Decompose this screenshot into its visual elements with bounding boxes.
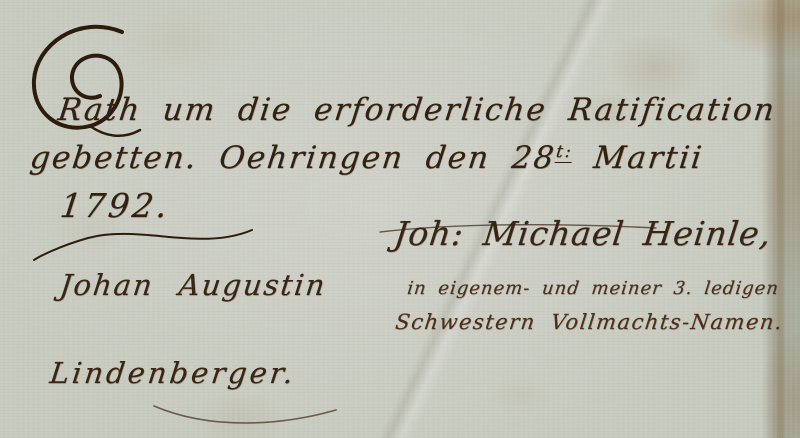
year-line: 1792. (58, 186, 172, 225)
body-line-2-month: Martii (570, 140, 706, 176)
body-line-2-text: gebetten. Oehringen den 28 (28, 140, 558, 176)
manuscript-page: Rath um die erforderliche Ratification g… (0, 0, 800, 438)
signature-right-capacity-1: in eigenem- und meiner 3. ledigen (406, 278, 780, 299)
signature-right-capacity-2: Schwestern Vollmachts-Namen. (394, 310, 785, 334)
signature-left-name-last: Lindenberger. (48, 356, 298, 390)
signature-left-flourish (150, 400, 340, 434)
signature-right-name: Joh: Michael Heinle, (392, 214, 774, 253)
year-underline-flourish (30, 222, 260, 262)
signature-left-name-first: Johan Augustin (58, 268, 328, 302)
body-line-2: gebetten. Oehringen den 28t: Martii (28, 140, 705, 176)
body-line-1: Rath um die erforderliche Ratification (56, 92, 778, 128)
